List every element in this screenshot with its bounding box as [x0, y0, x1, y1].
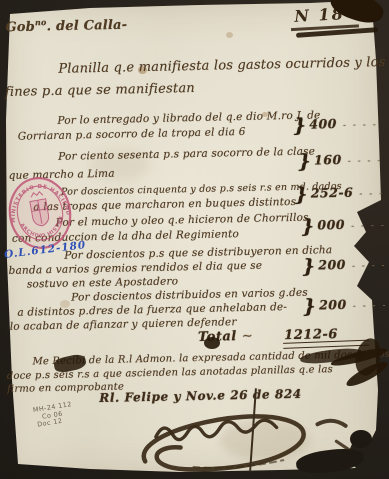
office-heading: Gobno. del Calla- [5, 14, 127, 34]
entry-line: Por lo entregado y librado del q.e dio M… [57, 109, 320, 128]
title-line-1: Planilla q.e manifiesta los gastos ocurr… [58, 56, 385, 76]
entry-line: Gorriaran p.a socorro de la tropa el dia… [18, 126, 246, 144]
brace-mark: } [303, 295, 316, 317]
brace-mark: } [298, 151, 311, 173]
amount-value: 200 [319, 297, 347, 313]
title-line-2: fines p.a que se manifiestan [5, 82, 195, 99]
office-superscript: no [35, 17, 47, 27]
shadow-tear [350, 430, 372, 448]
amount-value: 000 [317, 217, 345, 233]
entry-amount: }200- - - - [303, 294, 388, 318]
total-tilde: ~ [242, 329, 254, 344]
entry-amount: }200- - - - [302, 254, 387, 278]
entry-line: banda a varios gremios rendidos el dia q… [8, 260, 262, 278]
brace-mark: } [302, 255, 315, 277]
number-label: N [294, 6, 312, 26]
amount-value: 160 [314, 152, 342, 168]
amount-value: 200 [318, 257, 346, 273]
entry-amount: }252-6- - - - [295, 182, 389, 206]
leader-dots: - - - - [351, 221, 386, 232]
leader-dots: - - - - [353, 301, 388, 312]
amount-value: 400 [309, 116, 337, 132]
office-prefix: Gob [5, 20, 35, 36]
entry-line: Por ciento sesenta p.s para socorro de l… [58, 145, 315, 163]
ink-blot [204, 337, 220, 349]
leader-dots: - - - - [359, 189, 389, 200]
entry-amount: }400- - - - [293, 113, 378, 137]
entry-line: Por el mucho y oleo q.e hicieron de Chor… [55, 212, 308, 230]
amount-value: 252-6 [311, 185, 354, 201]
scanned-document-photo: Gobno. del Calla- N 18 1 Planilla q.e ma… [0, 0, 389, 479]
leader-dots: - - - - [343, 120, 378, 131]
brace-mark: } [293, 115, 306, 137]
office-rest: . del Calla- [46, 18, 127, 35]
entry-amount: }000- - - - [302, 214, 387, 238]
entry-amount: }160- - - - [298, 149, 383, 173]
leader-dots: - - - - [348, 156, 383, 167]
brace-mark: } [295, 184, 308, 206]
brace-mark: } [302, 215, 315, 237]
leader-dots: - - - - [352, 261, 387, 272]
